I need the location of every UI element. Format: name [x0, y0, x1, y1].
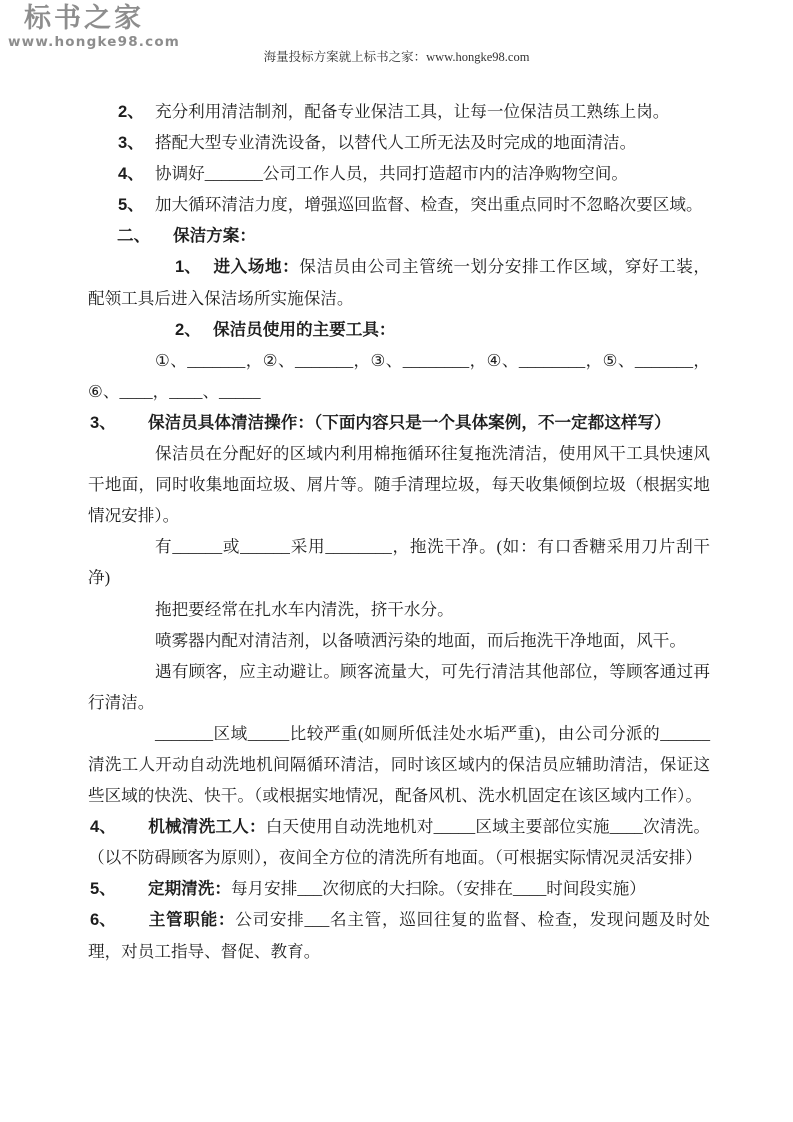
paragraph: 拖把要经常在扎水车内清洗，挤干水分。 — [88, 594, 710, 625]
list-number: 5、 — [90, 873, 148, 904]
text-run: 有______或______采用________，拖洗干净。(如：有口香糖采用刀… — [88, 537, 710, 587]
list-number: 3、 — [90, 407, 148, 438]
paragraph: 5、定期清洗：每月安排___次彻底的大扫除。（安排在____时间段实施） — [88, 873, 710, 904]
paragraph: 3、保洁员具体清洁操作：（下面内容只是一个具体案例，不一定都这样写） — [88, 407, 710, 438]
bold-run: 保洁方案： — [173, 226, 256, 245]
text-run: 遇有顾客，应主动避让。顾客流量大，可先行清洁其他部位，等顾客通过再行清洁。 — [88, 662, 710, 712]
paragraph: 4、机械清洗工人：白天使用自动洗地机对_____区域主要部位实施____次清洗。… — [88, 811, 710, 873]
site-logo: 标书之家 www.hongke98.com — [8, 5, 160, 50]
bold-run: 进入场地： — [213, 257, 299, 276]
header-tagline: 海量投标方案就上标书之家：www.hongke98.com — [0, 47, 793, 65]
text-run: ①、_______，②、_______，③、________，④、_______… — [88, 351, 710, 401]
list-number: 3、 — [118, 127, 155, 158]
text-run: 拖把要经常在扎水车内清洗，挤干水分。 — [155, 600, 454, 619]
paragraph: 5、加大循环清洁力度，增强巡回监督、检查，突出重点同时不忽略次要区域。 — [88, 189, 710, 220]
bold-run: 定期清洗： — [148, 879, 231, 898]
bold-run: 保洁员使用的主要工具： — [213, 320, 396, 339]
text-run: 保洁员在分配好的区域内利用棉拖循环往复拖洗清洁，使用风干工具快速风干地面，同时收… — [88, 444, 710, 525]
paragraph: 1、进入场地：保洁员由公司主管统一划分安排工作区域，穿好工装，配领工具后进入保洁… — [88, 251, 710, 313]
text-run: 搭配大型专业清洗设备，以替代人工所无法及时完成的地面清洁。 — [155, 133, 636, 152]
paragraph: 二、保洁方案： — [88, 220, 710, 251]
paragraph: 喷雾器内配对清洁剂，以备喷洒污染的地面，而后拖洗干净地面，风干。 — [88, 625, 710, 656]
list-number: 4、 — [118, 158, 155, 189]
text-run: 协调好_______公司工作人员，共同打造超市内的洁净购物空间。 — [155, 164, 628, 183]
paragraph: 2、充分利用清洁制剂，配备专业保洁工具，让每一位保洁员工熟练上岗。 — [88, 96, 710, 127]
text-run: 每月安排___次彻底的大扫除。（安排在____时间段实施） — [231, 879, 646, 898]
paragraph: 4、协调好_______公司工作人员，共同打造超市内的洁净购物空间。 — [88, 158, 710, 189]
bold-run: 主管职能： — [148, 910, 235, 929]
document-page: 标书之家 www.hongke98.com 海量投标方案就上标书之家：www.h… — [0, 0, 793, 1122]
document-body: 2、充分利用清洁制剂，配备专业保洁工具，让每一位保洁员工熟练上岗。3、搭配大型专… — [88, 96, 710, 967]
paragraph: ①、_______，②、_______，③、________，④、_______… — [88, 345, 710, 407]
list-number: 2、 — [118, 96, 155, 127]
list-number: 6、 — [90, 904, 148, 935]
list-number: 5、 — [118, 189, 155, 220]
paragraph: 保洁员在分配好的区域内利用棉拖循环往复拖洗清洁，使用风干工具快速风干地面，同时收… — [88, 438, 710, 531]
list-number: 2、 — [175, 314, 213, 345]
text-run: 喷雾器内配对清洁剂，以备喷洒污染的地面，而后拖洗干净地面，风干。 — [155, 631, 686, 650]
bold-run: 机械清洗工人： — [148, 817, 266, 836]
paragraph: 2、保洁员使用的主要工具： — [88, 314, 710, 345]
paragraph: 6、主管职能：公司安排___名主管，巡回往复的监督、检查，发现问题及时处理，对员… — [88, 904, 710, 966]
text-run: 充分利用清洁制剂，配备专业保洁工具，让每一位保洁员工熟练上岗。 — [155, 102, 669, 121]
text-run: 加大循环清洁力度，增强巡回监督、检查，突出重点同时不忽略次要区域。 — [155, 195, 703, 214]
list-number: 1、 — [175, 251, 213, 282]
paragraph: 有______或______采用________，拖洗干净。(如：有口香糖采用刀… — [88, 531, 710, 593]
paragraph: 遇有顾客，应主动避让。顾客流量大，可先行清洁其他部位，等顾客通过再行清洁。 — [88, 656, 710, 718]
bold-run: 保洁员具体清洁操作：（下面内容只是一个具体案例，不一定都这样写） — [148, 413, 671, 432]
logo-wordmark: 标书之家 — [8, 5, 160, 32]
paragraph: 3、搭配大型专业清洗设备，以替代人工所无法及时完成的地面清洁。 — [88, 127, 710, 158]
list-number: 二、 — [117, 220, 173, 251]
list-number: 4、 — [90, 811, 148, 842]
text-run: _______区域_____比较严重(如厕所低洼处水垢严重)，由公司分派的___… — [88, 724, 710, 805]
paragraph: _______区域_____比较严重(如厕所低洼处水垢严重)，由公司分派的___… — [88, 718, 710, 811]
